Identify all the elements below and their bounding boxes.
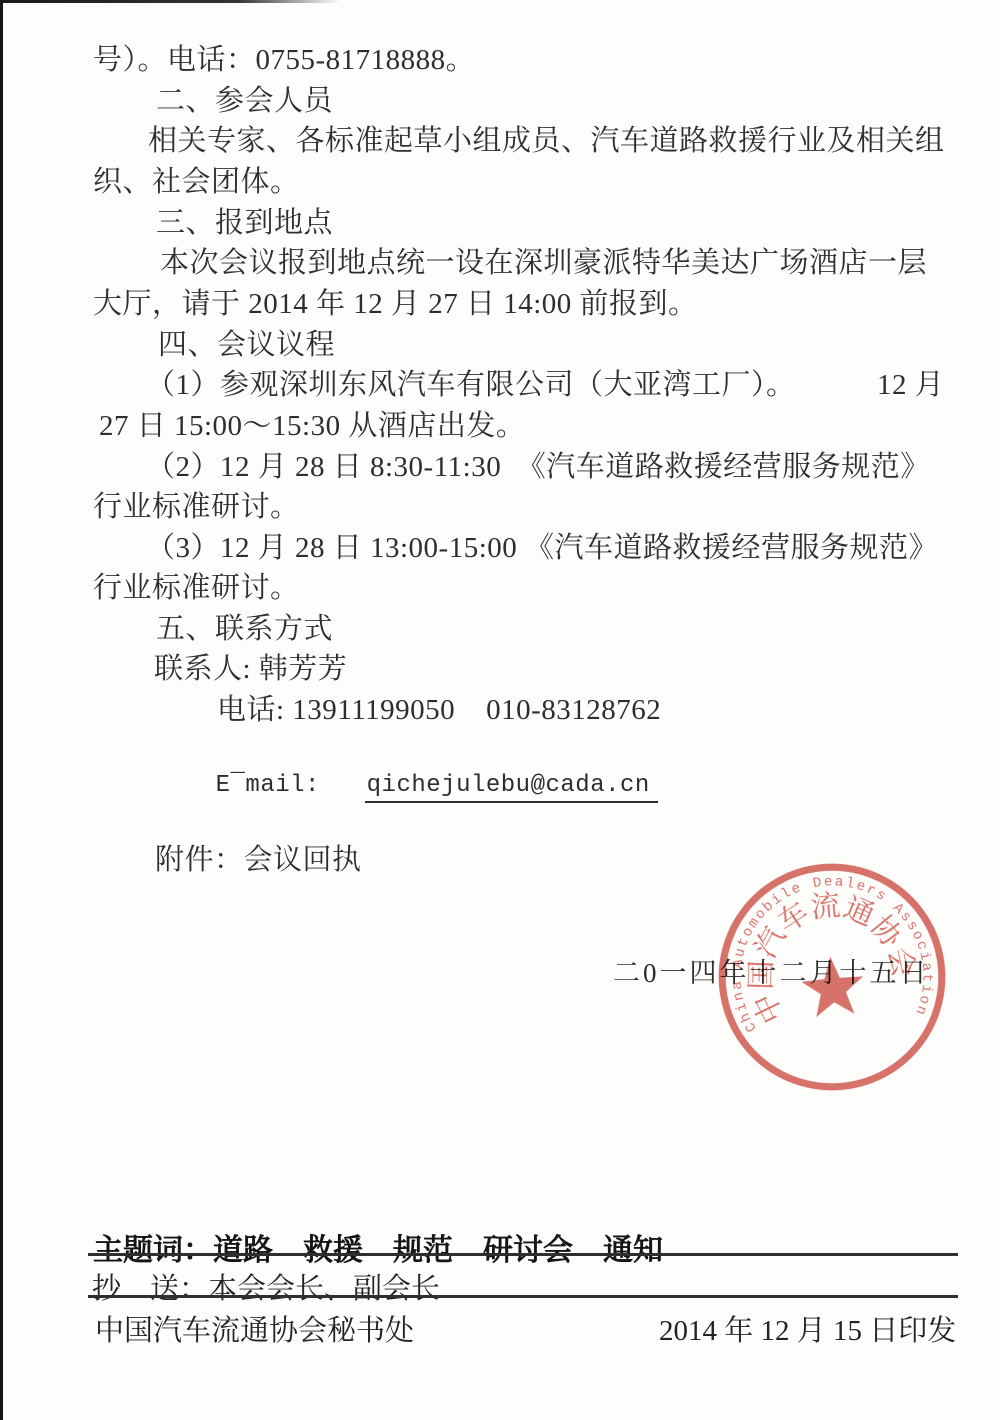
contact-email-line: E¯mail: qichejulebu@cada.cn — [156, 735, 658, 837]
official-seal-stamp: China Automobile Dealers Association 中国汽… — [700, 845, 964, 1109]
body-line: 行业标准研讨。 — [93, 490, 300, 524]
body-line: 相关专家、各标准起草小组成员、汽车道路救援行业及相关组 — [148, 124, 945, 158]
separator-rule — [88, 1253, 958, 1256]
issuer-name: 中国汽车流通协会秘书处 — [95, 1308, 414, 1349]
scan-edge-top — [0, 0, 340, 3]
cc-row: 抄 送：本会会长、副会长 — [92, 1266, 440, 1307]
body-line: 行业标准研讨。 — [93, 571, 300, 605]
body-line-continued: 12 月 — [877, 368, 944, 402]
body-line: 号）。电话：0755-81718888。 — [93, 43, 475, 77]
contact-phone-line: 电话: 13911199050 010-83128762 — [217, 693, 661, 727]
email-label: E¯mail: — [216, 772, 320, 799]
body-line: （3）12 月 28 日 13:00-15:00 《汽车道路救援经营服务规范》 — [146, 531, 938, 565]
section-heading: 五、联系方式 — [156, 612, 333, 646]
body-line: 织、社会团体。 — [93, 165, 300, 199]
star-icon — [799, 954, 866, 1018]
section-heading: 三、报到地点 — [156, 206, 333, 240]
body-line: 大厅，请于 2014 年 12 月 27 日 14:00 前报到。 — [93, 287, 698, 321]
email-gap — [320, 772, 365, 799]
body-line: 本次会议报到地点统一设在深圳豪派特华美达广场酒店一层 — [160, 246, 927, 280]
separator-rule — [88, 1295, 958, 1298]
subject-keywords-row: 主题词：道路 救援 规范 研讨会 通知 — [93, 1225, 663, 1269]
section-heading: 四、会议议程 — [158, 328, 335, 362]
body-line: （1）参观深圳东风汽车有限公司（大亚湾工厂）。 — [146, 368, 796, 402]
body-line: （2）12 月 28 日 8:30-11:30 《汽车道路救援经营服务规范》 — [146, 450, 930, 484]
email-address: qichejulebu@cada.cn — [365, 772, 658, 803]
scanned-notice-page: 号）。电话：0755-81718888。 二、参会人员 相关专家、各标准起草小组… — [0, 0, 1000, 1420]
scan-edge-left — [0, 0, 3, 1420]
section-heading: 二、参会人员 — [156, 84, 333, 118]
print-date: 2014 年 12 月 15 日印发 — [659, 1308, 956, 1349]
body-line: 27 日 15:00～15:30 从酒店出发。 — [99, 409, 525, 443]
attachment-line: 附件：会议回执 — [155, 843, 362, 877]
contact-person-line: 联系人: 韩芳芳 — [154, 652, 347, 686]
